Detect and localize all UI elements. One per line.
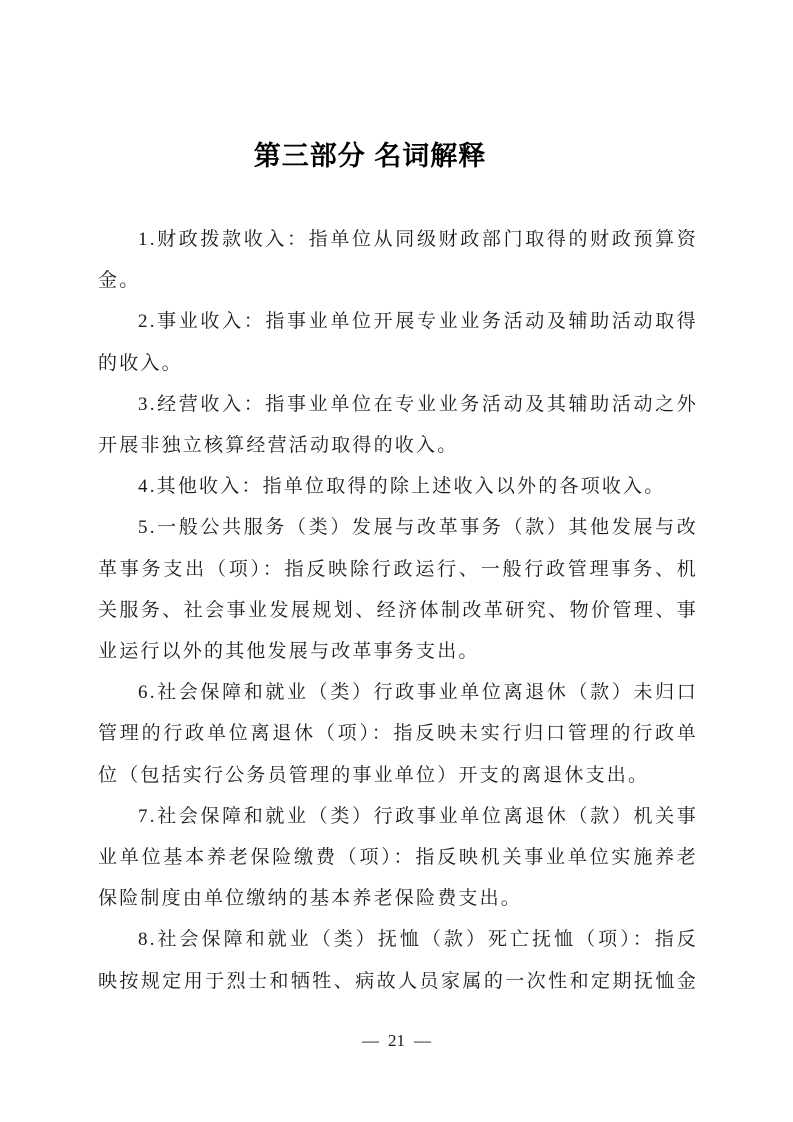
definition-paragraph-8: 8.社会保障和就业（类）抚恤（款）死亡抚恤（项）：指反映按规定用于烈士和牺牲、病… [98,919,698,1001]
page-footer: —21— [0,1029,793,1053]
footer-left-dash: — [362,1031,379,1050]
definition-paragraph-5: 5.一般公共服务（类）发展与改革事务（款）其他发展与改革事务支出（项）：指反映除… [98,507,698,672]
definition-paragraph-6: 6.社会保障和就业（类）行政事业单位离退休（款）未归口管理的行政单位离退休（项）… [98,672,698,796]
definition-paragraph-7: 7.社会保障和就业（类）行政事业单位离退休（款）机关事业单位基本养老保险缴费（项… [98,796,698,920]
definition-paragraph-4: 4.其他收入：指单位取得的除上述收入以外的各项收入。 [98,466,698,507]
definition-paragraph-1: 1.财政拨款收入：指单位从同级财政部门取得的财政预算资金。 [98,219,698,301]
footer-right-dash: — [414,1031,431,1050]
document-page: 第三部分 名词解释 1.财政拨款收入：指单位从同级财政部门取得的财政预算资金。 … [0,0,793,1122]
page-title: 第三部分 名词解释 [70,138,670,174]
page-number: 21 [379,1031,414,1050]
definition-paragraph-3: 3.经营收入：指事业单位在专业业务活动及其辅助活动之外开展非独立核算经营活动取得… [98,384,698,466]
definitions-section: 1.财政拨款收入：指单位从同级财政部门取得的财政预算资金。 2.事业收入：指事业… [98,219,698,1002]
definition-paragraph-2: 2.事业收入：指事业单位开展专业业务活动及辅助活动取得的收入。 [98,301,698,383]
